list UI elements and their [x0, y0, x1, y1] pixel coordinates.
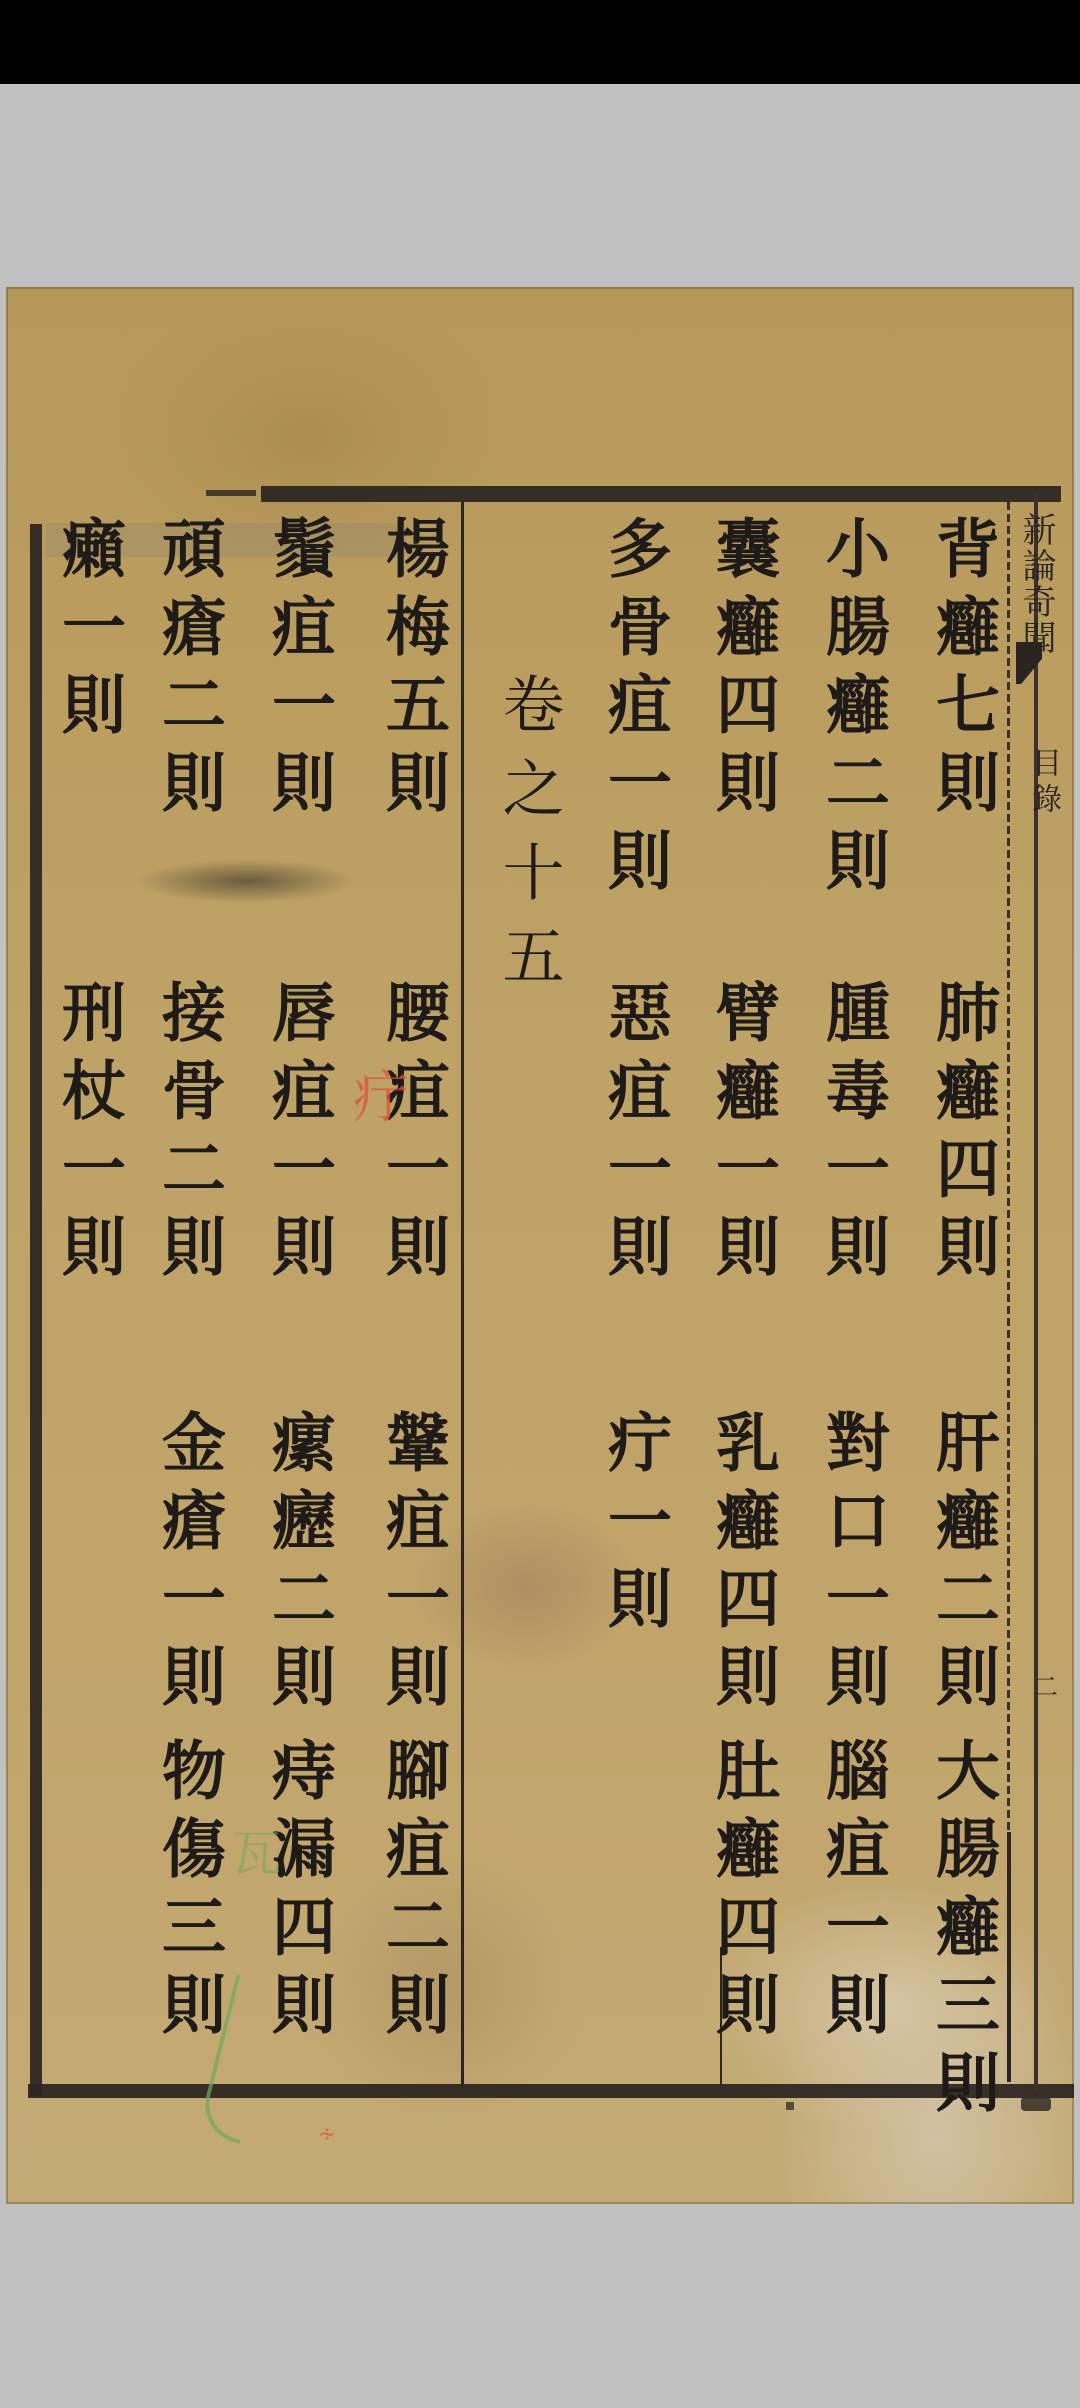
margin-solid-rule [1007, 1832, 1011, 2082]
toc-entry: 鬚疽一則 [260, 515, 336, 827]
toc-entry: 癩一則 [50, 515, 126, 749]
toc-column-4: 多骨疽一則 惡疽一則 疔一則 [596, 287, 672, 2204]
toc-entry: 頑瘡二則 [150, 515, 226, 827]
toc-entry: 鞶疽一則 [374, 1409, 450, 1721]
red-handwritten-mark: 疔 [336, 1067, 416, 1123]
toc-entry: 小腸癰二則 [814, 515, 890, 905]
toc-entry: 金瘡一則 [150, 1409, 226, 1721]
volume-heading: 卷之十五 [490, 672, 566, 1008]
toc-column-volume-heading: 卷之十五 [490, 287, 566, 2204]
margin-section-label: 目錄 [1021, 747, 1065, 819]
toc-column-8: 頑瘡二則 接骨二則 金瘡一則 物傷三則 [150, 287, 226, 2204]
margin-book-title: 新論奇聞 [1016, 512, 1056, 656]
toc-entry: 多骨疽一則 [596, 515, 672, 905]
volume-divider-rule [461, 502, 464, 2087]
toc-column-3: 囊癰四則 臂癰一則 乳癰四則 肚癰四則 [704, 287, 780, 2204]
toc-entry: 背癰七則 [924, 515, 1000, 827]
frame-left-border [30, 524, 42, 2096]
toc-entry: 肺癰四則 [924, 979, 1000, 1291]
margin-dashed-rule [1007, 502, 1010, 1832]
toc-entry: 囊癰四則 [704, 515, 780, 827]
status-bar [0, 0, 1080, 84]
toc-entry: 疔一則 [596, 1409, 672, 1643]
margin-page-number: 二 [1032, 1667, 1058, 1704]
green-faded-stamp: 瓦 [216, 1827, 288, 1877]
toc-column-9: 癩一則 刑杖一則 [50, 287, 126, 2204]
frame-right-border [1034, 492, 1038, 2092]
toc-entry: 乳癰四則 [704, 1409, 780, 1721]
toc-entry: 物傷三則 [150, 1737, 226, 2049]
ink-spot [786, 2102, 794, 2110]
red-handwritten-mark-small: ∻ [318, 2122, 336, 2147]
toc-entry: 唇疽一則 [260, 979, 336, 1291]
toc-entry: 腳疽二則 [374, 1737, 450, 2049]
toc-entry: 肝癰二則 [924, 1409, 1000, 1721]
fish-tail-marker-icon [1016, 642, 1042, 684]
toc-entry: 大腸癰三則 [924, 1737, 1000, 2127]
ink-smudge [136, 859, 356, 903]
toc-entry: 楊梅五則 [374, 515, 450, 827]
toc-column-1: 背癰七則 肺癰四則 肝癰二則 大腸癰三則 [924, 287, 1000, 2204]
toc-entry: 刑杖一則 [50, 979, 126, 1291]
toc-column-7: 鬚疽一則 唇疽一則 瘰癧二則 痔漏四則 [260, 287, 336, 2204]
toc-entry: 接骨二則 [150, 979, 226, 1291]
toc-column-2: 小腸癰二則 腫毒一則 對口一則 腦疽一則 [814, 287, 890, 2204]
toc-entry: 肚癰四則 [704, 1737, 780, 2049]
toc-entry: 惡疽一則 [596, 979, 672, 1291]
toc-entry: 腦疽一則 [814, 1737, 890, 2049]
ink-spot [1021, 2097, 1051, 2111]
toc-entry: 臂癰一則 [704, 979, 780, 1291]
toc-entry: 腫毒一則 [814, 979, 890, 1291]
book-page: 新論奇聞 目錄 二 背癰七則 肺癰四則 肝癰二則 大腸癰三則 小腸癰二則 腫毒一… [6, 287, 1074, 2204]
toc-entry: 對口一則 [814, 1409, 890, 1721]
toc-entry: 瘰癧二則 [260, 1409, 336, 1721]
toc-column-6: 楊梅五則 腰疽一則 鞶疽一則 腳疽二則 [374, 287, 450, 2204]
toc-entry: 腰疽一則 [374, 979, 450, 1291]
